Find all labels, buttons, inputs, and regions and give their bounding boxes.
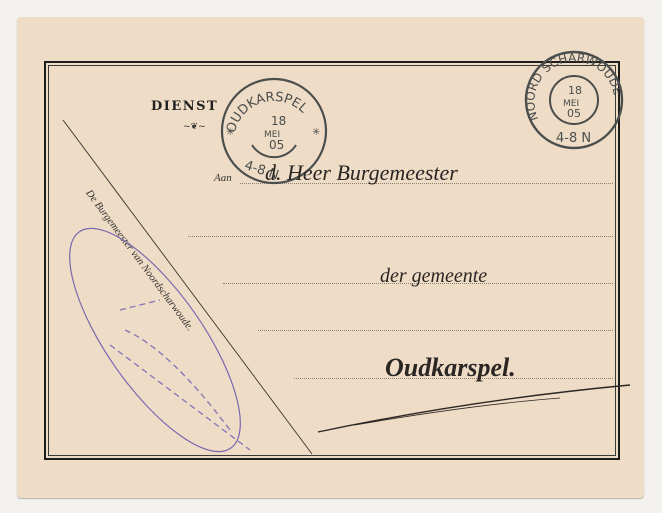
card-overlay: OUDKARSPEL 18 MEI 05 4-8 N ✳ ✳ NOORD SCH…	[0, 0, 662, 513]
signature-oval	[40, 204, 270, 475]
handwriting-line-3: Oudkarspel.	[385, 353, 516, 382]
postmark-1-day: 18	[271, 114, 286, 128]
handwriting-line-2: der gemeente	[380, 265, 487, 287]
postmark-noord-scharwoude: NOORD SCHARWOUDE 18 MEI 05 4-8 N	[523, 50, 625, 148]
postmark-2-time: 4-8 N	[556, 131, 591, 146]
underline-flourish	[318, 385, 630, 432]
postmark-2-year: 05	[567, 107, 581, 120]
postmark-1-year: 05	[269, 138, 284, 152]
postmark-1-town: OUDKARSPEL	[224, 90, 311, 135]
star-icon: ✳	[226, 127, 234, 138]
svg-text:OUDKARSPEL: OUDKARSPEL	[224, 90, 311, 135]
postmark-2-day: 18	[568, 84, 582, 97]
star-icon: ✳	[312, 127, 320, 138]
handwriting-line-1: d. Heer Burgemeester	[265, 160, 458, 185]
